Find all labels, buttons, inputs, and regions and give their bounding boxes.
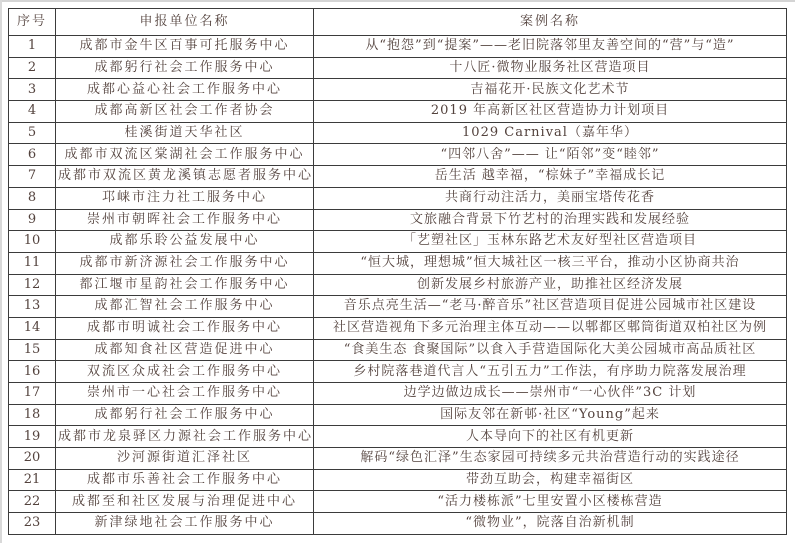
serial-cell: 22 bbox=[9, 491, 56, 513]
serial-cell: 20 bbox=[9, 448, 56, 470]
case-cell: “活力楼栋派”七里安置小区楼栋营造 bbox=[314, 491, 787, 513]
unit-cell: 邛崃市注力社工服务中心 bbox=[56, 187, 314, 209]
case-cell: 人本导向下的社区有机更新 bbox=[314, 426, 787, 448]
table-row: 9崇州市朝晖社会工作服务中心文旅融合背景下竹艺村的治理实践和发展经验 bbox=[9, 209, 787, 231]
table-row: 3成都心益心社会工作服务中心吉福花开·民族文化艺术节 bbox=[9, 79, 787, 101]
serial-cell: 8 bbox=[9, 187, 56, 209]
serial-cell: 11 bbox=[9, 252, 56, 274]
table-row: 4成都高新区社会工作者协会2019 年高新区社区营造协力计划项目 bbox=[9, 101, 787, 123]
unit-cell: 崇州市一心社会工作服务中心 bbox=[56, 383, 314, 405]
unit-cell: 成都市龙泉驿区力源社会工作服务中心 bbox=[56, 426, 314, 448]
serial-cell: 9 bbox=[9, 209, 56, 231]
table-row: 19成都市龙泉驿区力源社会工作服务中心人本导向下的社区有机更新 bbox=[9, 426, 787, 448]
case-cell: 创新发展乡村旅游产业，助推社区经济发展 bbox=[314, 274, 787, 296]
table-row: 1成都市金牛区百事可托服务中心从“抱怨”到“提案”——老旧院落邻里友善空间的“营… bbox=[9, 36, 787, 58]
page-left-edge bbox=[0, 0, 2, 543]
case-cell: “微物业”，院落自治新机制 bbox=[314, 513, 787, 535]
case-cell: 社区营造视角下多元治理主体互动——以郫都区郫筒街道双柏社区为例 bbox=[314, 317, 787, 339]
table-row: 17崇州市一心社会工作服务中心边学边做边成长——崇州市“一心伙伴”3C 计划 bbox=[9, 383, 787, 405]
table-row: 11成都市新济源社会工作服务中心“恒大城，理想城”恒大城社区一核三平台，推动小区… bbox=[9, 252, 787, 274]
case-cell: 十八匠·微物业服务社区营造项目 bbox=[314, 57, 787, 79]
table-row: 16双流区众成社会工作服务中心乡村院落巷道代言人“五引五力”工作法，有序助力院落… bbox=[9, 361, 787, 383]
unit-cell: 成都躬行社会工作服务中心 bbox=[56, 404, 314, 426]
table-row: 18成都躬行社会工作服务中心国际友邻在新邨·社区“Young”起来 bbox=[9, 404, 787, 426]
serial-cell: 23 bbox=[9, 513, 56, 535]
unit-cell: 成都市新济源社会工作服务中心 bbox=[56, 252, 314, 274]
header-case-name: 案例名称 bbox=[314, 9, 787, 36]
unit-cell: 成都市乐善社会工作服务中心 bbox=[56, 469, 314, 491]
table-row: 7成都市双流区黄龙溪镇志愿者服务中心岳生活 越幸福，“棕妹子”幸福成长记 bbox=[9, 166, 787, 188]
unit-cell: 成都躬行社会工作服务中心 bbox=[56, 57, 314, 79]
table-row: 8邛崃市注力社工服务中心共商行动注活力，美丽宝塔传花香 bbox=[9, 187, 787, 209]
header-serial-number: 序号 bbox=[9, 9, 56, 36]
serial-cell: 1 bbox=[9, 36, 56, 58]
serial-cell: 2 bbox=[9, 57, 56, 79]
serial-cell: 7 bbox=[9, 166, 56, 188]
unit-cell: 新津绿地社会工作服务中心 bbox=[56, 513, 314, 535]
table-row: 6成都市双流区棠湖社会工作服务中心“四邻八舍”—— 让“陌邻”变“睦邻” bbox=[9, 144, 787, 166]
table-row: 21成都市乐善社会工作服务中心带劲互助会，构建幸福街区 bbox=[9, 469, 787, 491]
table-row: 12都江堰市星韵社会工作服务中心创新发展乡村旅游产业，助推社区经济发展 bbox=[9, 274, 787, 296]
table-row: 23新津绿地社会工作服务中心“微物业”，院落自治新机制 bbox=[9, 513, 787, 535]
serial-cell: 18 bbox=[9, 404, 56, 426]
table-row: 15成都知食社区营造促进中心“食美生态 食聚国际”以食入手营造国际化大美公园城市… bbox=[9, 339, 787, 361]
serial-cell: 16 bbox=[9, 361, 56, 383]
case-cell: “恒大城，理想城”恒大城社区一核三平台，推动小区协商共治 bbox=[314, 252, 787, 274]
unit-cell: 成都乐聆公益发展中心 bbox=[56, 231, 314, 253]
serial-cell: 14 bbox=[9, 317, 56, 339]
serial-cell: 15 bbox=[9, 339, 56, 361]
unit-cell: 成都至和社区发展与治理促进中心 bbox=[56, 491, 314, 513]
serial-cell: 4 bbox=[9, 101, 56, 123]
table-row: 10成都乐聆公益发展中心「艺塑社区」玉林东路艺术友好型社区营造项目 bbox=[9, 231, 787, 253]
case-cell: “四邻八舍”—— 让“陌邻”变“睦邻” bbox=[314, 144, 787, 166]
table-row: 14成都市明诚社会工作服务中心社区营造视角下多元治理主体互动——以郫都区郫筒街道… bbox=[9, 317, 787, 339]
table-row: 5桂溪街道天华社区1029 Carnival（嘉年华） bbox=[9, 122, 787, 144]
case-cell: 乡村院落巷道代言人“五引五力”工作法，有序助力院落发展治理 bbox=[314, 361, 787, 383]
serial-cell: 21 bbox=[9, 469, 56, 491]
table-header-row: 序号 申报单位名称 案例名称 bbox=[9, 9, 787, 36]
serial-cell: 5 bbox=[9, 122, 56, 144]
case-cell: 带劲互助会，构建幸福街区 bbox=[314, 469, 787, 491]
serial-cell: 12 bbox=[9, 274, 56, 296]
unit-cell: 成都汇智社会工作服务中心 bbox=[56, 296, 314, 318]
unit-cell: 成都市双流区棠湖社会工作服务中心 bbox=[56, 144, 314, 166]
unit-cell: 沙河源街道汇泽社区 bbox=[56, 448, 314, 470]
table-row: 20沙河源街道汇泽社区解码“绿色汇泽”生态家园可持续多元共治营造行动的实践途径 bbox=[9, 448, 787, 470]
case-cell: 共商行动注活力，美丽宝塔传花香 bbox=[314, 187, 787, 209]
unit-cell: 成都心益心社会工作服务中心 bbox=[56, 79, 314, 101]
case-cell: 吉福花开·民族文化艺术节 bbox=[314, 79, 787, 101]
unit-cell: 成都市双流区黄龙溪镇志愿者服务中心 bbox=[56, 166, 314, 188]
serial-cell: 10 bbox=[9, 231, 56, 253]
case-cell: 从“抱怨”到“提案”——老旧院落邻里友善空间的“营”与“造” bbox=[314, 36, 787, 58]
serial-cell: 13 bbox=[9, 296, 56, 318]
case-cell: 边学边做边成长——崇州市“一心伙伴”3C 计划 bbox=[314, 383, 787, 405]
unit-cell: 成都知食社区营造促进中心 bbox=[56, 339, 314, 361]
case-cell: 音乐点亮生活—“老马·醉音乐”社区营造项目促进公园城市社区建设 bbox=[314, 296, 787, 318]
table-row: 2成都躬行社会工作服务中心十八匠·微物业服务社区营造项目 bbox=[9, 57, 787, 79]
case-cell: 2019 年高新区社区营造协力计划项目 bbox=[314, 101, 787, 123]
serial-cell: 3 bbox=[9, 79, 56, 101]
serial-cell: 17 bbox=[9, 383, 56, 405]
page-top-edge bbox=[0, 0, 795, 2]
case-cell: 「艺塑社区」玉林东路艺术友好型社区营造项目 bbox=[314, 231, 787, 253]
unit-cell: 双流区众成社会工作服务中心 bbox=[56, 361, 314, 383]
case-table: 序号 申报单位名称 案例名称 1成都市金牛区百事可托服务中心从“抱怨”到“提案”… bbox=[8, 8, 787, 535]
serial-cell: 6 bbox=[9, 144, 56, 166]
unit-cell: 成都市明诚社会工作服务中心 bbox=[56, 317, 314, 339]
case-cell: 文旅融合背景下竹艺村的治理实践和发展经验 bbox=[314, 209, 787, 231]
serial-cell: 19 bbox=[9, 426, 56, 448]
case-cell: 国际友邻在新邨·社区“Young”起来 bbox=[314, 404, 787, 426]
table-row: 22成都至和社区发展与治理促进中心“活力楼栋派”七里安置小区楼栋营造 bbox=[9, 491, 787, 513]
case-cell: 1029 Carnival（嘉年华） bbox=[314, 122, 787, 144]
unit-cell: 桂溪街道天华社区 bbox=[56, 122, 314, 144]
unit-cell: 成都市金牛区百事可托服务中心 bbox=[56, 36, 314, 58]
unit-cell: 崇州市朝晖社会工作服务中心 bbox=[56, 209, 314, 231]
case-cell: 岳生活 越幸福，“棕妹子”幸福成长记 bbox=[314, 166, 787, 188]
unit-cell: 都江堰市星韵社会工作服务中心 bbox=[56, 274, 314, 296]
case-cell: 解码“绿色汇泽”生态家园可持续多元共治营造行动的实践途径 bbox=[314, 448, 787, 470]
unit-cell: 成都高新区社会工作者协会 bbox=[56, 101, 314, 123]
case-cell: “食美生态 食聚国际”以食入手营造国际化大美公园城市高品质社区 bbox=[314, 339, 787, 361]
table-row: 13成都汇智社会工作服务中心音乐点亮生活—“老马·醉音乐”社区营造项目促进公园城… bbox=[9, 296, 787, 318]
header-unit-name: 申报单位名称 bbox=[56, 9, 314, 36]
